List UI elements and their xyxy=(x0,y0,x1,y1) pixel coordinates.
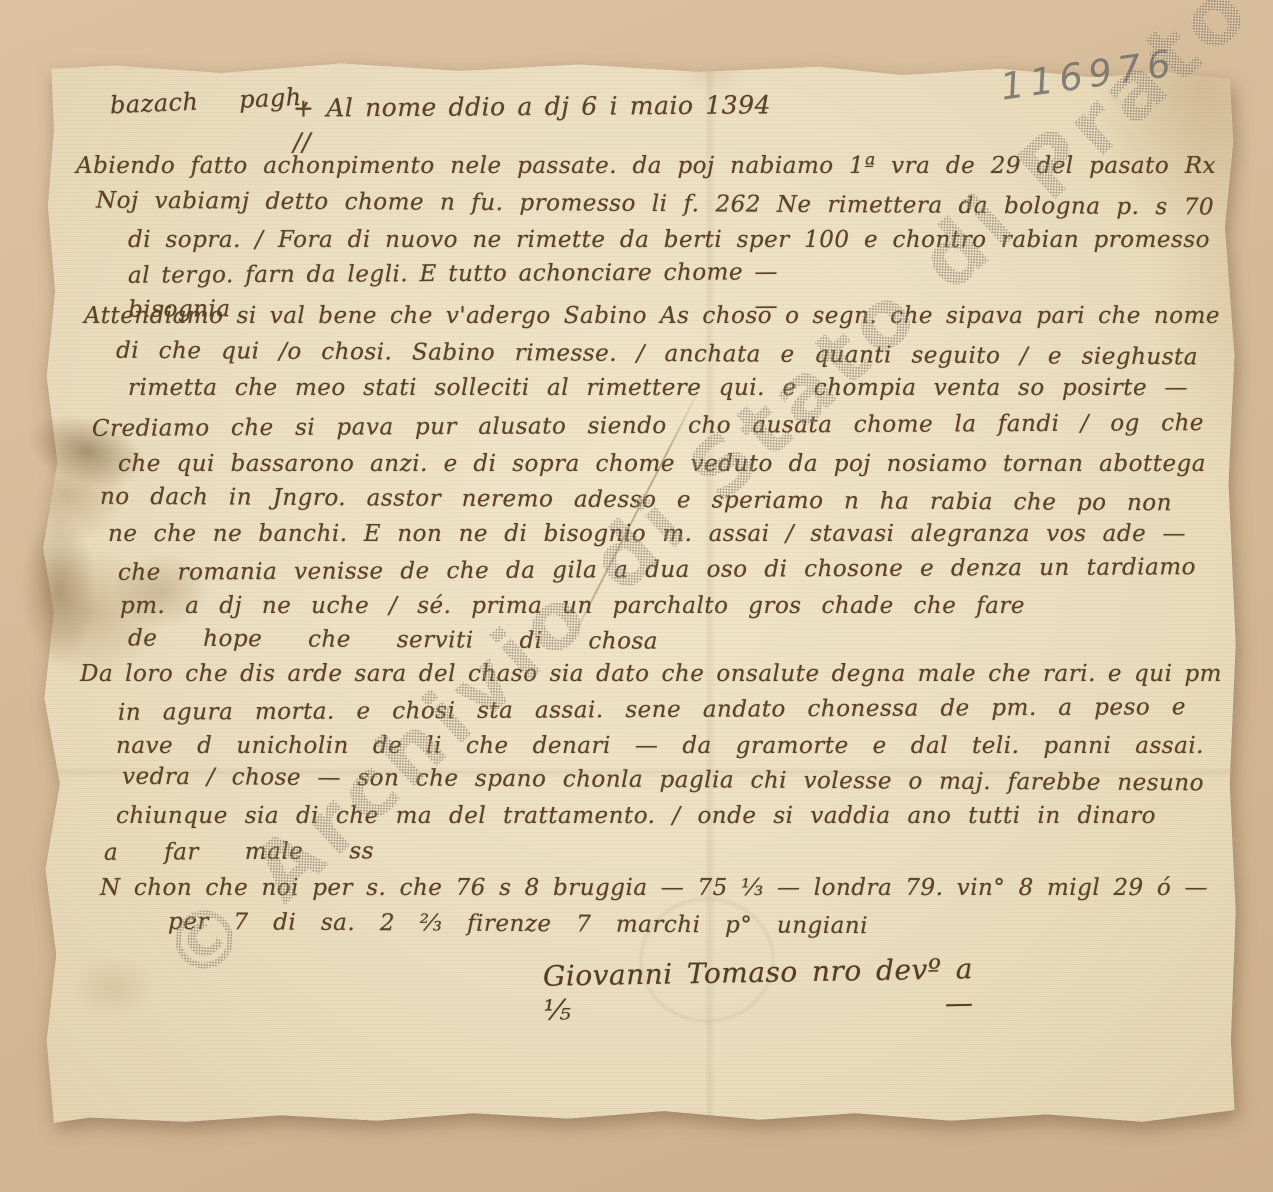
manuscript-line: Crediamo che si pava pur alusato siendo … xyxy=(92,406,1204,452)
manuscript-line: Giovanni Tomaso nro devº a ⅕ — xyxy=(543,952,974,999)
manuscript-line: Abiendo fatto achonpimento nele passate.… xyxy=(76,149,1216,189)
manuscript-line: a far male ss xyxy=(104,834,374,875)
manuscript-line: bazach pagh, xyxy=(109,80,311,129)
manuscript-line: chiunque sia di che ma del trattamento. … xyxy=(116,799,1156,839)
manuscript-line: + Al nome ddio a dj 6 i maio 1394 // xyxy=(293,88,771,131)
manuscript-line: al tergo. farn da legli. E tutto achonci… xyxy=(128,255,778,298)
manuscript-text-layer: bazach pagh,+ Al nome ddio a dj 6 i maio… xyxy=(0,0,1273,1192)
manuscript-line: rimetta che meo stati solleciti al rimet… xyxy=(128,371,1188,411)
manuscript-line: Attendiamo si val bene che v'adergo Sabi… xyxy=(84,299,1220,339)
scanned-letter-page: bazach pagh,+ Al nome ddio a dj 6 i maio… xyxy=(0,0,1273,1192)
manuscript-line: per 7 di sa. 2 ⅔ firenze 7 marchi p° ung… xyxy=(168,905,868,949)
